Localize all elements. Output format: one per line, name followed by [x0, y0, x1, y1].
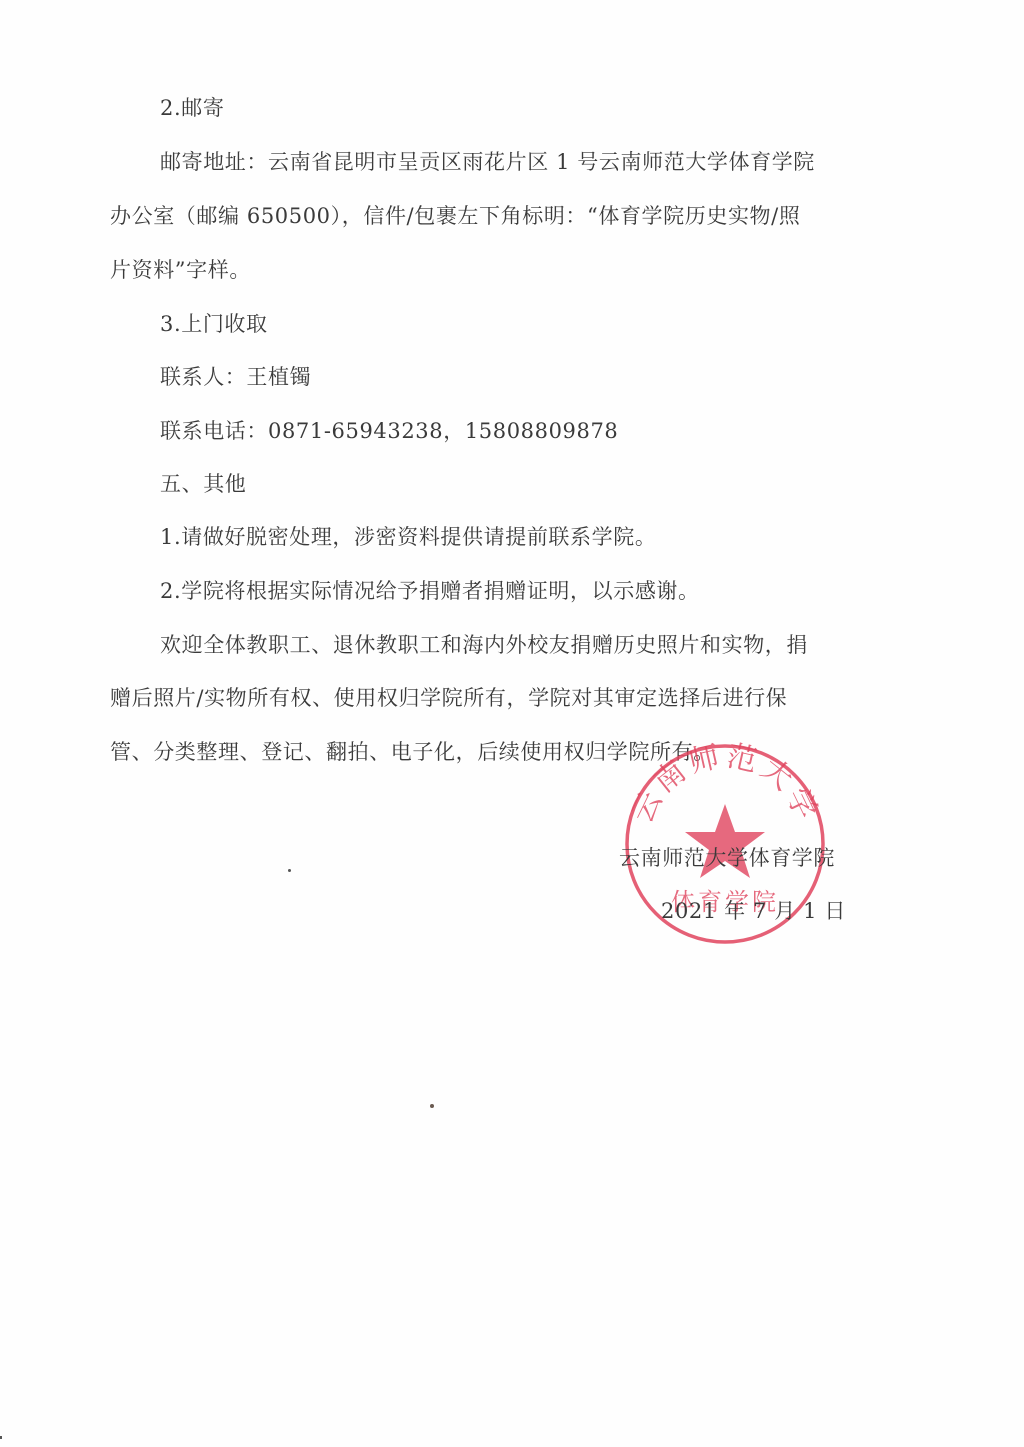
mail-address-line-2: 办公室（邮编 650500），信件/包裹左下角标明：“体育学院历史实物/照	[110, 203, 800, 229]
scan-speck	[0, 1436, 2, 1439]
section-heading-other: 五、其他	[160, 471, 246, 497]
scan-speck	[430, 1104, 434, 1108]
mail-address-line-3: 片资料”字样。	[110, 257, 251, 283]
contact-person: 联系人：王植镯	[160, 364, 311, 390]
scan-speck	[288, 869, 291, 872]
signature-date: 2021 年 7 月 1 日	[661, 898, 846, 924]
closing-line-2: 赠后照片/实物所有权、使用权归学院所有，学院对其审定选择后进行保	[110, 685, 787, 711]
contact-phone: 联系电话：0871-65943238，15808809878	[160, 418, 618, 444]
signature-organization: 云南师范大学体育学院	[619, 845, 835, 871]
other-item-2: 2.学院将根据实际情况给予捐赠者捐赠证明，以示感谢。	[160, 578, 700, 604]
document-page: 2.邮寄 邮寄地址：云南省昆明市呈贡区雨花片区 1 号云南师范大学体育学院 办公…	[0, 0, 1024, 1447]
section-heading-mail: 2.邮寄	[160, 95, 224, 121]
other-item-1: 1.请做好脱密处理，涉密资料提供请提前联系学院。	[160, 524, 656, 550]
section-heading-pickup: 3.上门收取	[160, 311, 268, 337]
mail-address-line-1: 邮寄地址：云南省昆明市呈贡区雨花片区 1 号云南师范大学体育学院	[160, 149, 815, 175]
closing-line-1: 欢迎全体教职工、退休教职工和海内外校友捐赠历史照片和实物，捐	[160, 632, 808, 658]
